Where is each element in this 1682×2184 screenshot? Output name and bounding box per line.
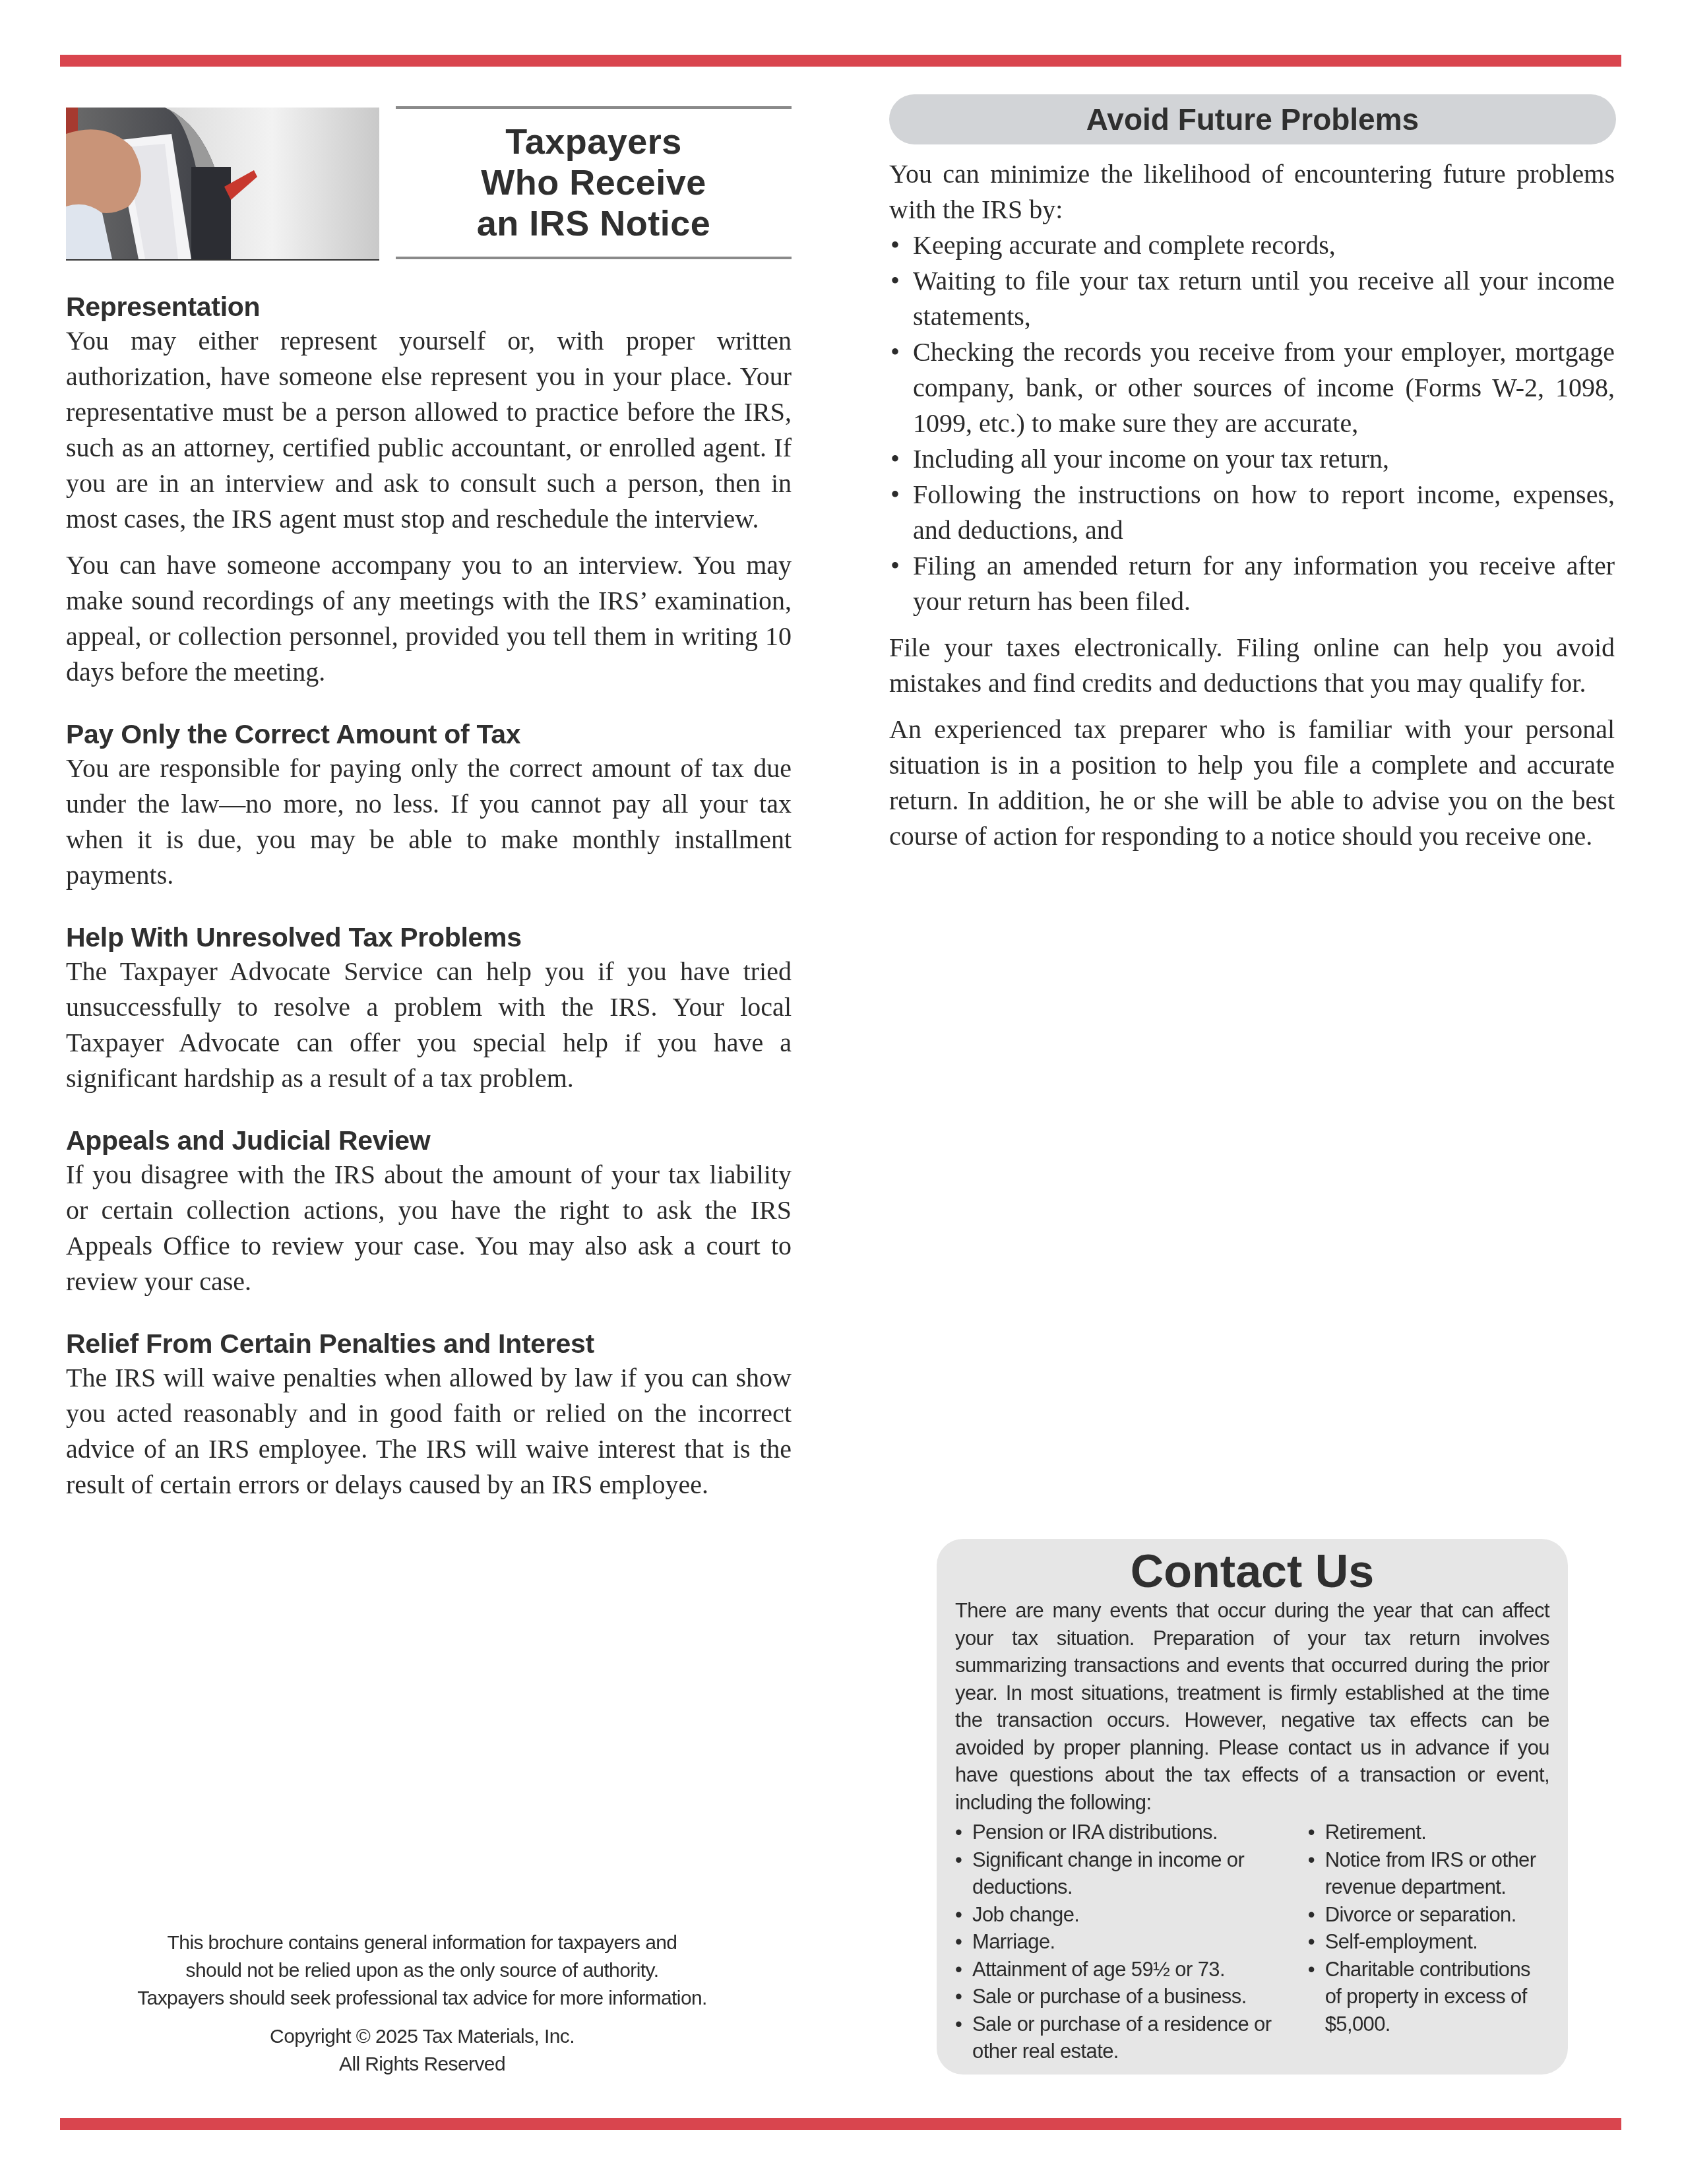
list-item-text: Marriage. bbox=[972, 1930, 1055, 1953]
section-paragraph: If you disagree with the IRS about the a… bbox=[66, 1157, 792, 1299]
list-item: •Self-employment. bbox=[1308, 1928, 1549, 1956]
list-item: •Including all your income on your tax r… bbox=[889, 441, 1615, 477]
bullet-icon: • bbox=[955, 2011, 962, 2038]
brochure-title-block: Taxpayers Who Receive an IRS Notice bbox=[396, 106, 792, 259]
bullet-icon: • bbox=[1308, 1928, 1315, 1956]
contact-us-intro: There are many events that occur during … bbox=[955, 1597, 1549, 1816]
list-item-text: Waiting to file your tax return until yo… bbox=[913, 266, 1615, 331]
bullet-icon: • bbox=[1308, 1846, 1315, 1874]
list-item-text: Retirement. bbox=[1325, 1821, 1427, 1844]
list-item: •Keeping accurate and complete records, bbox=[889, 228, 1615, 263]
rights-text: All Rights Reserved bbox=[99, 2051, 745, 2078]
bullet-icon: • bbox=[890, 228, 900, 263]
list-item: •Significant change in income or deducti… bbox=[955, 1846, 1308, 1901]
disclaimer-line: Taxpayers should seek professional tax a… bbox=[99, 1985, 745, 2012]
list-item-text: Self-employment. bbox=[1325, 1930, 1478, 1953]
bullet-icon: • bbox=[890, 263, 900, 299]
bullet-icon: • bbox=[955, 1983, 962, 2011]
file-electronically-paragraph: File your taxes electronically. Filing o… bbox=[889, 630, 1615, 701]
title-line-1: Taxpayers bbox=[477, 121, 711, 162]
contact-us-event-lists: •Pension or IRA distributions. •Signific… bbox=[955, 1819, 1549, 2065]
section-paragraph: You may either represent yourself or, wi… bbox=[66, 323, 792, 537]
left-column: Representation You may either represent … bbox=[66, 290, 792, 1530]
bullet-icon: • bbox=[890, 334, 900, 370]
section-paragraph: You can have someone accompany you to an… bbox=[66, 547, 792, 690]
bullet-icon: • bbox=[890, 441, 900, 477]
list-item: •Charitable contributions of property in… bbox=[1308, 1956, 1549, 2038]
mailbox-photo bbox=[66, 108, 379, 261]
list-item-text: Divorce or separation. bbox=[1325, 1903, 1516, 1926]
list-item-text: Notice from IRS or other revenue departm… bbox=[1325, 1848, 1536, 1899]
list-item: •Filing an amended return for any inform… bbox=[889, 548, 1615, 619]
tax-preparer-paragraph: An experienced tax preparer who is famil… bbox=[889, 712, 1615, 854]
brochure-title: Taxpayers Who Receive an IRS Notice bbox=[477, 121, 711, 244]
section-heading: Pay Only the Correct Amount of Tax bbox=[66, 718, 792, 751]
bullet-icon: • bbox=[955, 1956, 962, 1983]
list-item: •Divorce or separation. bbox=[1308, 1901, 1549, 1929]
top-accent-bar bbox=[60, 55, 1621, 67]
list-item-text: Pension or IRA distributions. bbox=[972, 1821, 1218, 1844]
section-appeals: Appeals and Judicial Review If you disag… bbox=[66, 1124, 792, 1299]
section-paragraph: You are responsible for paying only the … bbox=[66, 751, 792, 893]
section-unresolved-problems: Help With Unresolved Tax Problems The Ta… bbox=[66, 921, 792, 1096]
title-line-3: an IRS Notice bbox=[477, 203, 711, 244]
list-item-text: Attainment of age 59½ or 73. bbox=[972, 1958, 1225, 1981]
section-heading: Relief From Certain Penalties and Intere… bbox=[66, 1327, 792, 1360]
disclaimer-line: should not be relied upon as the only so… bbox=[99, 1957, 745, 1985]
section-heading: Appeals and Judicial Review bbox=[66, 1124, 792, 1157]
avoid-problems-heading-pill: Avoid Future Problems bbox=[889, 94, 1616, 144]
list-item: •Job change. bbox=[955, 1901, 1308, 1929]
list-item: •Attainment of age 59½ or 73. bbox=[955, 1956, 1308, 1983]
section-paragraph: The Taxpayer Advocate Service can help y… bbox=[66, 954, 792, 1096]
bullet-icon: • bbox=[1308, 1819, 1315, 1846]
section-heading: Help With Unresolved Tax Problems bbox=[66, 921, 792, 954]
bullet-icon: • bbox=[955, 1901, 962, 1929]
list-item-text: Sale or purchase of a business. bbox=[972, 1985, 1247, 2008]
list-item-text: Significant change in income or deductio… bbox=[972, 1848, 1244, 1899]
list-item: •Marriage. bbox=[955, 1928, 1308, 1956]
bullet-icon: • bbox=[955, 1819, 962, 1846]
copyright-text: Copyright © 2025 Tax Materials, Inc. bbox=[99, 2023, 745, 2051]
bullet-icon: • bbox=[955, 1846, 962, 1874]
events-list-right: •Retirement. •Notice from IRS or other r… bbox=[1308, 1819, 1549, 2065]
contact-us-heading: Contact Us bbox=[955, 1545, 1549, 1597]
list-item: •Pension or IRA distributions. bbox=[955, 1819, 1308, 1846]
avoid-problems-list: •Keeping accurate and complete records, … bbox=[889, 228, 1615, 619]
list-item-text: Including all your income on your tax re… bbox=[913, 444, 1389, 474]
bullet-icon: • bbox=[955, 1928, 962, 1956]
bottom-accent-bar bbox=[60, 2118, 1621, 2130]
list-item: •Sale or purchase of a business. bbox=[955, 1983, 1308, 2011]
list-item-text: Filing an amended return for any informa… bbox=[913, 551, 1615, 616]
mailbox-photo-icon bbox=[66, 108, 379, 259]
section-relief-penalties: Relief From Certain Penalties and Intere… bbox=[66, 1327, 792, 1503]
right-column: Avoid Future Problems You can minimize t… bbox=[889, 94, 1615, 854]
disclaimer-line: This brochure contains general informati… bbox=[99, 1929, 745, 1957]
list-item-text: Sale or purchase of a residence or other… bbox=[972, 2012, 1272, 2063]
section-paragraph: The IRS will waive penalties when allowe… bbox=[66, 1360, 792, 1503]
list-item: •Following the instructions on how to re… bbox=[889, 477, 1615, 548]
list-item-text: Keeping accurate and complete records, bbox=[913, 230, 1336, 260]
list-item-text: Job change. bbox=[972, 1903, 1079, 1926]
section-representation: Representation You may either represent … bbox=[66, 290, 792, 690]
list-item: •Notice from IRS or other revenue depart… bbox=[1308, 1846, 1549, 1901]
bullet-icon: • bbox=[1308, 1901, 1315, 1929]
section-heading: Representation bbox=[66, 290, 792, 323]
title-line-2: Who Receive bbox=[477, 162, 711, 203]
list-item: •Checking the records you receive from y… bbox=[889, 334, 1615, 441]
bullet-icon: • bbox=[890, 548, 900, 584]
events-list-left: •Pension or IRA distributions. •Signific… bbox=[955, 1819, 1308, 2065]
list-item: •Retirement. bbox=[1308, 1819, 1549, 1846]
contact-us-box: Contact Us There are many events that oc… bbox=[937, 1539, 1568, 2075]
bullet-icon: • bbox=[1308, 1956, 1315, 1983]
avoid-problems-intro: You can minimize the likelihood of encou… bbox=[889, 156, 1615, 228]
list-item: •Sale or purchase of a residence or othe… bbox=[955, 2011, 1308, 2065]
footer-disclaimer: This brochure contains general informati… bbox=[99, 1929, 745, 2078]
section-pay-correct-amount: Pay Only the Correct Amount of Tax You a… bbox=[66, 718, 792, 893]
list-item-text: Following the instructions on how to rep… bbox=[913, 480, 1615, 545]
avoid-problems-heading: Avoid Future Problems bbox=[1086, 102, 1419, 137]
list-item: •Waiting to file your tax return until y… bbox=[889, 263, 1615, 334]
list-item-text: Checking the records you receive from yo… bbox=[913, 337, 1615, 438]
bullet-icon: • bbox=[890, 477, 900, 513]
list-item-text: Charitable contributions of property in … bbox=[1325, 1958, 1530, 2036]
